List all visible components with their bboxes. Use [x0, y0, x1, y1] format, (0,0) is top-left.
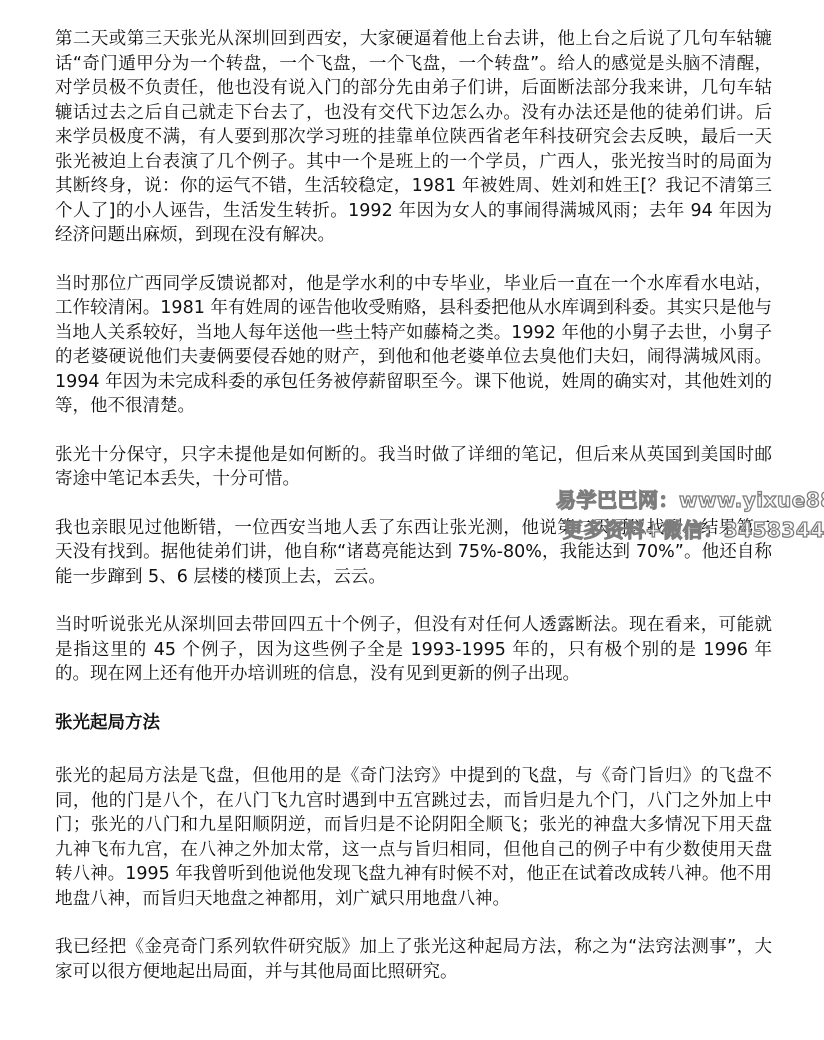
paragraph: 当时听说张光从深圳回去带回四五十个例子，但没有对任何人透露断法。现在看来，可能就…	[55, 613, 772, 687]
section-heading: 张光起局方法	[55, 711, 772, 736]
document-body: 第二天或第三天张光从深圳回到西安，大家硬逼着他上台去讲，他上台之后说了几句车轱辘…	[55, 27, 772, 1008]
paragraph: 第二天或第三天张光从深圳回到西安，大家硬逼着他上台去讲，他上台之后说了几句车轱辘…	[55, 27, 772, 248]
paragraph: 我已经把《金亮奇门系列软件研究版》加上了张光这种起局方法，称之为“法窍法测事”，…	[55, 935, 772, 984]
paragraph: 我也亲眼见过他断错，一位西安当地人丢了东西让张光测，他说第二天可以找到，结果第二…	[55, 516, 772, 590]
paragraph: 张光十分保守，只字未提他是如何断的。我当时做了详细的笔记，但后来从英国到美国时邮…	[55, 443, 772, 492]
paragraph: 张光的起局方法是飞盘，但他用的是《奇门法窍》中提到的飞盘，与《奇门旨归》的飞盘不…	[55, 764, 772, 911]
paragraph: 当时那位广西同学反馈说都对，他是学水利的中专毕业，毕业后一直在一个水库看水电站，…	[55, 272, 772, 419]
